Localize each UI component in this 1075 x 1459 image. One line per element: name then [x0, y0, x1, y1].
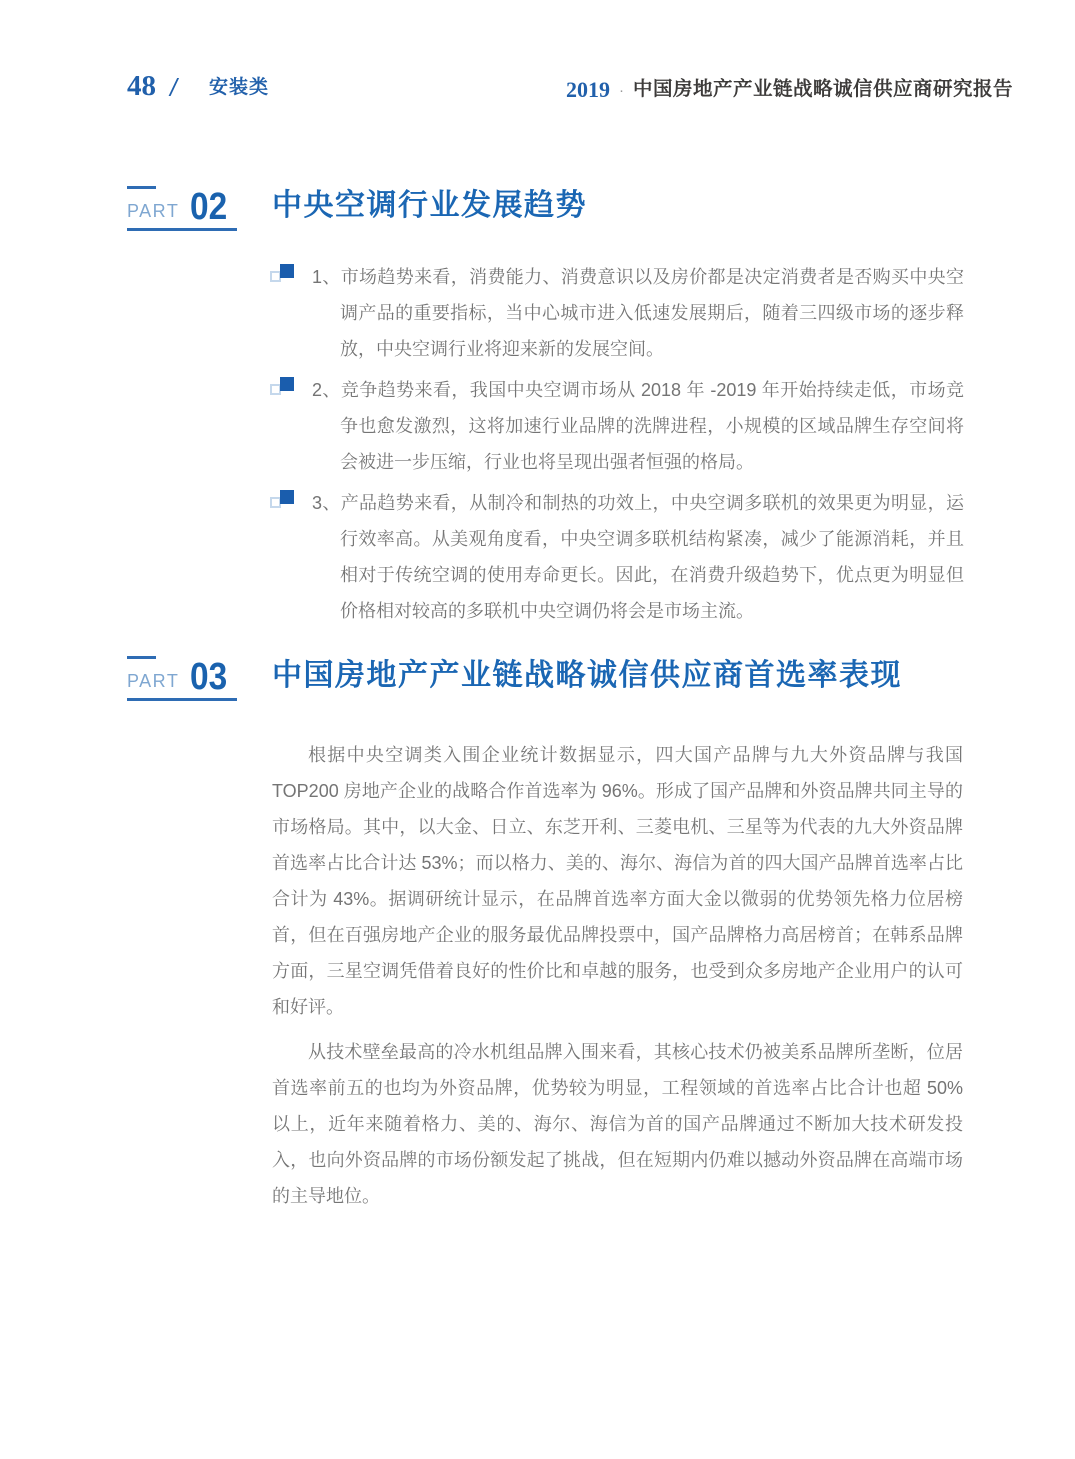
part-number: 03: [190, 662, 227, 693]
report-page: 48 / 安装类 2019 · 中国房地产产业链战略诚信供应商研究报告 PART…: [0, 0, 1075, 1459]
square-filled-shape: [280, 264, 294, 278]
bullet-number: 3、: [312, 493, 341, 513]
part-number: 02: [190, 192, 227, 223]
header-left: 48 / 安装类: [127, 72, 269, 101]
paragraph-block: 根据中央空调类入围企业统计数据显示，四大国产品牌与九大外资品牌与我国 TOP20…: [272, 737, 963, 1214]
page-number-slash: /: [170, 76, 177, 101]
part-badge-row: PART 03: [127, 662, 237, 693]
header-right: 2019 · 中国房地产产业链战略诚信供应商研究报告: [566, 79, 1013, 101]
section-part-03-heading: PART 03 中国房地产产业链战略诚信供应商首选率表现: [127, 656, 902, 701]
bullet-body: 竞争趋势来看，我国中央空调市场从 2018 年 -2019 年开始持续走低，市场…: [340, 380, 964, 472]
part-label: PART: [127, 202, 179, 223]
header-year: 2019: [566, 79, 610, 101]
paragraph-1: 根据中央空调类入围企业统计数据显示，四大国产品牌与九大外资品牌与我国 TOP20…: [272, 737, 963, 1025]
part-badge-topline: [127, 656, 156, 659]
bullet-item-1: 1、市场趋势来看，消费能力、消费意识以及房价都是决定消费者是否购买中央空调产品的…: [270, 259, 964, 367]
overlapping-squares-icon: [270, 264, 296, 290]
header-dot-separator: ·: [619, 82, 624, 101]
part-03-badge: PART 03: [127, 656, 237, 701]
report-title: 中国房地产产业链战略诚信供应商研究报告: [633, 79, 1013, 101]
paragraph-2: 从技术壁垒最高的冷水机组品牌入围来看，其核心技术仍被美系品牌所垄断，位居首选率前…: [272, 1034, 963, 1214]
section-03-title: 中国房地产产业链战略诚信供应商首选率表现: [272, 658, 902, 694]
part-label: PART: [127, 672, 179, 693]
square-filled-shape: [280, 490, 294, 504]
part-badge-row: PART 02: [127, 192, 237, 223]
bullet-number: 1、: [312, 267, 341, 287]
part-02-badge: PART 02: [127, 186, 237, 231]
bullet-text: 2、竞争趋势来看，我国中央空调市场从 2018 年 -2019 年开始持续走低，…: [312, 372, 964, 480]
page-number: 48: [127, 72, 156, 101]
overlapping-squares-icon: [270, 377, 296, 403]
header-category: 安装类: [209, 72, 269, 101]
page-header: 48 / 安装类 2019 · 中国房地产产业链战略诚信供应商研究报告: [127, 72, 1013, 101]
overlapping-squares-icon: [270, 490, 296, 516]
bullet-list: 1、市场趋势来看，消费能力、消费意识以及房价都是决定消费者是否购买中央空调产品的…: [270, 259, 964, 634]
bullet-text: 3、产品趋势来看，从制冷和制热的功效上，中央空调多联机的效果更为明显，运行效率高…: [312, 485, 964, 629]
section-part-02-heading: PART 02 中央空调行业发展趋势: [127, 186, 587, 231]
bullet-number: 2、: [312, 380, 341, 400]
bullet-body: 市场趋势来看，消费能力、消费意识以及房价都是决定消费者是否购买中央空调产品的重要…: [340, 267, 964, 359]
part-badge-topline: [127, 186, 156, 189]
part-badge-underline: [127, 228, 237, 231]
square-filled-shape: [280, 377, 294, 391]
bullet-item-3: 3、产品趋势来看，从制冷和制热的功效上，中央空调多联机的效果更为明显，运行效率高…: [270, 485, 964, 629]
part-badge-underline: [127, 698, 237, 701]
section-02-title: 中央空调行业发展趋势: [272, 188, 587, 224]
bullet-item-2: 2、竞争趋势来看，我国中央空调市场从 2018 年 -2019 年开始持续走低，…: [270, 372, 964, 480]
bullet-body: 产品趋势来看，从制冷和制热的功效上，中央空调多联机的效果更为明显，运行效率高。从…: [340, 493, 964, 621]
bullet-text: 1、市场趋势来看，消费能力、消费意识以及房价都是决定消费者是否购买中央空调产品的…: [312, 259, 964, 367]
